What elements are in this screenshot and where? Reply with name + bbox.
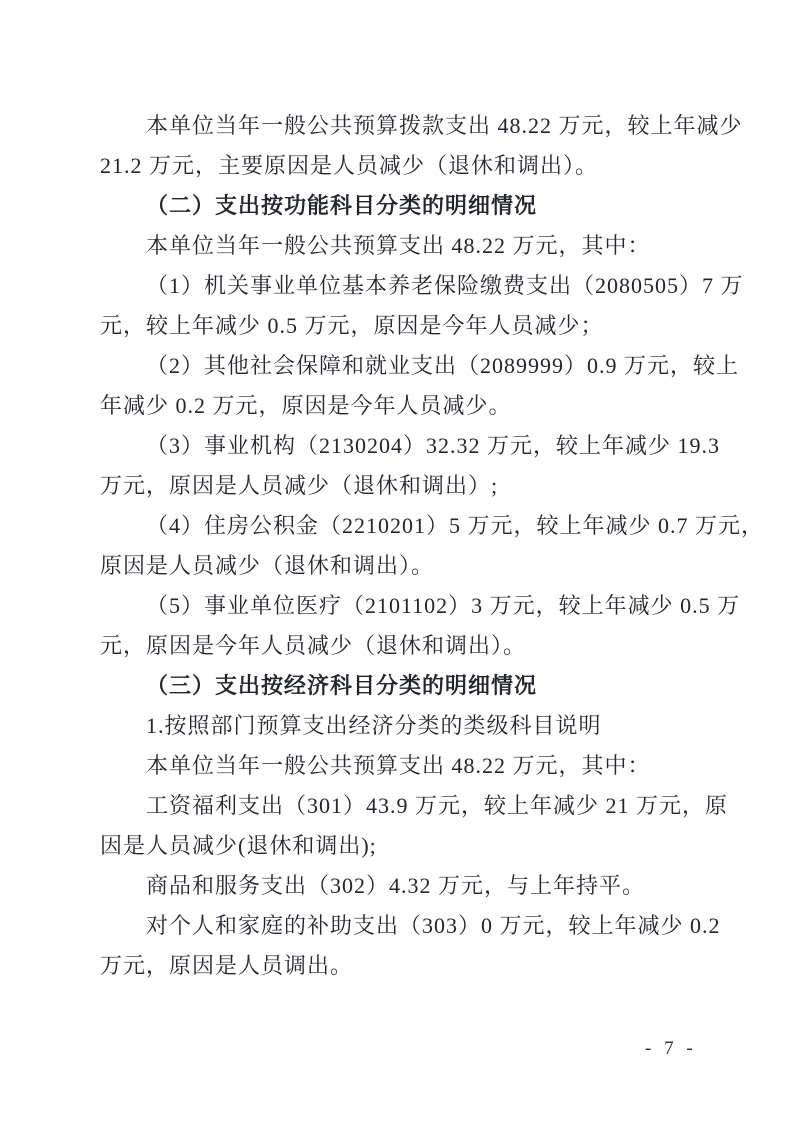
text-line: 1.按照部门预算支出经济分类的类级科目说明	[100, 706, 710, 746]
text-line: 本单位当年一般公共预算拨款支出 48.22 万元，较上年减少	[100, 106, 710, 146]
text-line: 原因是人员减少（退休和调出）。	[100, 546, 710, 586]
document-body: 本单位当年一般公共预算拨款支出 48.22 万元，较上年减少 21.2 万元，主…	[100, 106, 710, 986]
section-heading-2: （二）支出按功能科目分类的明细情况	[100, 186, 710, 226]
text-line: （3）事业机构（2130204）32.32 万元，较上年减少 19.3	[100, 426, 710, 466]
text-line: 万元，原因是人员调出。	[100, 946, 710, 986]
text-line: 本单位当年一般公共预算支出 48.22 万元，其中：	[100, 746, 710, 786]
text-line: 工资福利支出（301）43.9 万元，较上年减少 21 万元，原	[100, 786, 710, 826]
text-line: 本单位当年一般公共预算支出 48.22 万元，其中：	[100, 226, 710, 266]
text-line: （1）机关事业单位基本养老保险缴费支出（2080505）7 万	[100, 266, 710, 306]
section-heading-3: （三）支出按经济科目分类的明细情况	[100, 666, 710, 706]
page-number: - 7 -	[645, 1038, 697, 1060]
text-line: 元，原因是今年人员减少（退休和调出）。	[100, 626, 710, 666]
text-line: 元，较上年减少 0.5 万元，原因是今年人员减少；	[100, 306, 710, 346]
text-line: 21.2 万元，主要原因是人员减少（退休和调出）。	[100, 146, 710, 186]
text-line: （2）其他社会保障和就业支出（2089999）0.9 万元，较上	[100, 346, 710, 386]
text-line: 因是人员减少(退休和调出);	[100, 826, 710, 866]
text-line: 商品和服务支出（302）4.32 万元，与上年持平。	[100, 866, 710, 906]
document-page: 本单位当年一般公共预算拨款支出 48.22 万元，较上年减少 21.2 万元，主…	[0, 0, 793, 1122]
text-line: （4）住房公积金（2210201）5 万元，较上年减少 0.7 万元，	[100, 506, 710, 546]
text-line: （5）事业单位医疗（2101102）3 万元，较上年减少 0.5 万	[100, 586, 710, 626]
text-line: 对个人和家庭的补助支出（303）0 万元，较上年减少 0.2	[100, 906, 710, 946]
text-line: 年减少 0.2 万元，原因是今年人员减少。	[100, 386, 710, 426]
text-line: 万元，原因是人员减少（退休和调出）;	[100, 466, 710, 506]
